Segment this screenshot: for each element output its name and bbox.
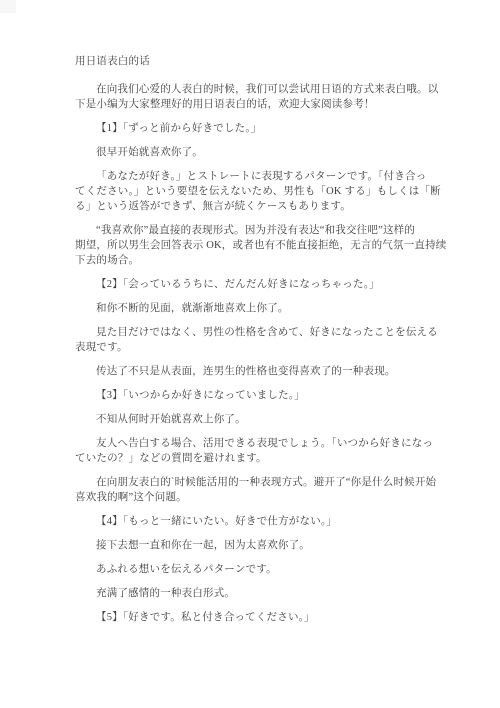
- text-line: 下是小编为大家整理好的用日语表白的话，欢迎大家阅读参考！: [75, 97, 435, 112]
- paragraph: 接下去想一直和你在一起，因为太喜欢你了。: [75, 538, 435, 553]
- text-line: あふれる想いを伝えるパターンです。: [75, 562, 435, 577]
- paragraph: “我喜欢你”最直接的表现形式。因为并没有表达“和我交往吧”这样的 期望，所以男生…: [75, 223, 435, 268]
- heading-item-5: 【5】「好きです。私と付き合ってください。」: [75, 610, 435, 625]
- text-line: 表現です。: [75, 340, 435, 355]
- text-line: 【3】「いつからか好きになっていました。」: [75, 388, 435, 403]
- document-page: 用日语表白的话 在向我们心爱的人表白的时候，我们可以尝试用日语的方式来表白哦。以…: [75, 54, 435, 634]
- heading-item-2: 【2】「会っているうちに、だんだん好きになっちゃった。」: [75, 277, 435, 292]
- paragraph: あふれる想いを伝えるパターンです。: [75, 562, 435, 577]
- paragraph: 充满了感情的一种表白形式。: [75, 586, 435, 601]
- text-line: てください。」という要望を伝えないため、男性も「OK する」もしくは「断: [75, 184, 435, 199]
- text-line: 「あなたが好き。」とストレートに表現するパターンです。「付き合っ: [75, 169, 435, 184]
- paragraph: 和你不断的见面，就渐渐地喜欢上你了。: [75, 301, 435, 316]
- text-line: 在向我们心爱的人表白的时候，我们可以尝试用日语的方式来表白哦。以: [75, 82, 435, 97]
- text-line: “我喜欢你”最直接的表现形式。因为并没有表达“和我交往吧”这样的: [75, 223, 435, 238]
- heading-item-3: 【3】「いつからか好きになっていました。」: [75, 388, 435, 403]
- text-line: る」という返答ができず、無言が続くケースもあります。: [75, 199, 435, 214]
- text-line: 【2】「会っているうちに、だんだん好きになっちゃった。」: [75, 277, 435, 292]
- text-line: 期望，所以男生会回答表示 OK，或者也有不能直接拒绝，无言的气氛一直持续: [75, 238, 435, 253]
- text-line: 很早开始就喜欢你了。: [75, 145, 435, 160]
- paragraph: 不知从何时开始就喜欢上你了。: [75, 412, 435, 427]
- corner-scan-artifact: [0, 0, 16, 13]
- text-line: ていたの？」などの質問を避けれます。: [75, 451, 435, 466]
- text-line: 下去的场合。: [75, 253, 435, 268]
- page-title: 用日语表白的话: [75, 54, 435, 69]
- text-line: 喜欢我的啊”这个问题。: [75, 490, 435, 505]
- paragraph: 很早开始就喜欢你了。: [75, 145, 435, 160]
- paragraph: 友人へ告白する場合、活用できる表現でしょう。「いつから好きになっ ていたの？」な…: [75, 436, 435, 466]
- text-line: 【4】「もっと一緒にいたい。好きで仕方がない。」: [75, 514, 435, 529]
- heading-item-1: 【1】「ずっと前から好きでした。」: [75, 121, 435, 136]
- paragraph: 在向朋友表白的`时候能活用的一种表现方式。避开了“你是什么时候开始 喜欢我的啊”…: [75, 475, 435, 505]
- text-line: 友人へ告白する場合、活用できる表現でしょう。「いつから好きになっ: [75, 436, 435, 451]
- paragraph: 传达了不只是从表面，连男生的性格也变得喜欢了的一种表现。: [75, 364, 435, 379]
- text-line: 在向朋友表白的`时候能活用的一种表现方式。避开了“你是什么时候开始: [75, 475, 435, 490]
- text-line: 【5】「好きです。私と付き合ってください。」: [75, 610, 435, 625]
- paragraph-intro: 在向我们心爱的人表白的时候，我们可以尝试用日语的方式来表白哦。以 下是小编为大家…: [75, 82, 435, 112]
- text-line: 見た目だけではなく、男性の性格を含めて、好きになったことを伝える: [75, 325, 435, 340]
- text-line: 不知从何时开始就喜欢上你了。: [75, 412, 435, 427]
- text-line: 和你不断的见面，就渐渐地喜欢上你了。: [75, 301, 435, 316]
- paragraph: 見た目だけではなく、男性の性格を含めて、好きになったことを伝える 表現です。: [75, 325, 435, 355]
- text-line: 【1】「ずっと前から好きでした。」: [75, 121, 435, 136]
- text-line: 接下去想一直和你在一起，因为太喜欢你了。: [75, 538, 435, 553]
- text-line: 传达了不只是从表面，连男生的性格也变得喜欢了的一种表现。: [75, 364, 435, 379]
- text-line: 充满了感情的一种表白形式。: [75, 586, 435, 601]
- heading-item-4: 【4】「もっと一緒にいたい。好きで仕方がない。」: [75, 514, 435, 529]
- paragraph: 「あなたが好き。」とストレートに表現するパターンです。「付き合っ てください。」…: [75, 169, 435, 214]
